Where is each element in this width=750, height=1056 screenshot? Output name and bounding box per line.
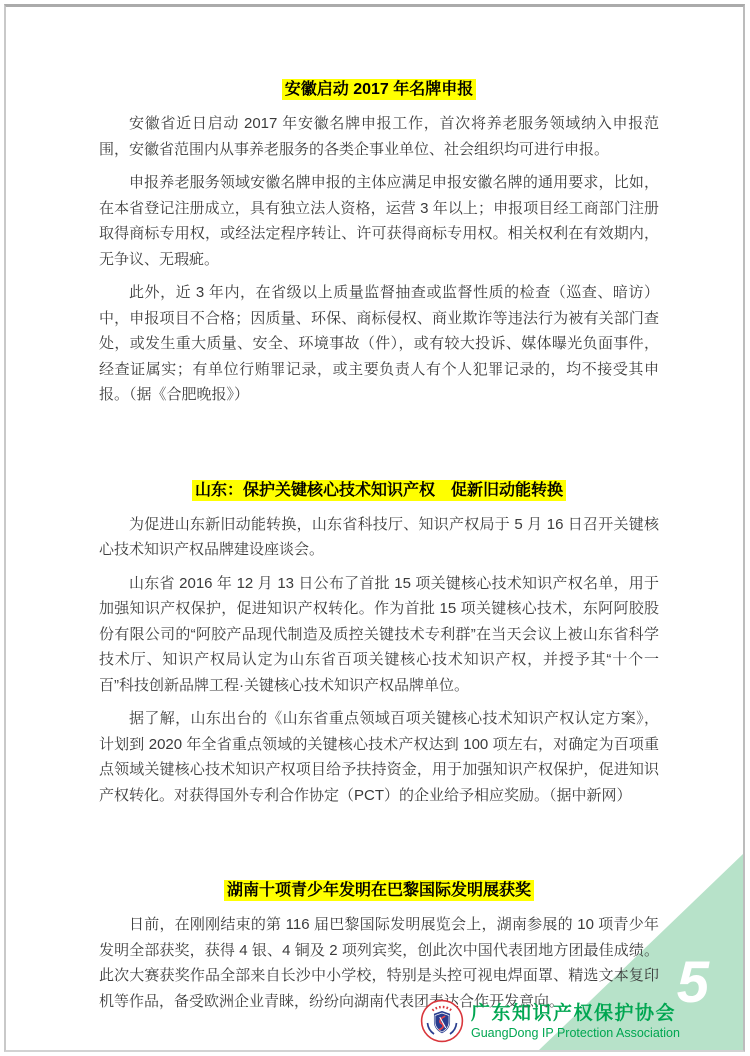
paragraph: 此外，近 3 年内，在省级以上质量监督抽查或监督性质的检查（巡查、暗访）中，申报…: [99, 280, 659, 408]
section-title: 山东：保护关键核心技术知识产权 促新旧动能转换: [99, 478, 659, 504]
news-section-hunan: 湖南十项青少年发明在巴黎国际发明展获奖 日前，在刚刚结束的第 116 届巴黎国际…: [99, 878, 659, 1014]
paragraph: 为促进山东新旧动能转换，山东省科技厅、知识产权局于 5 月 16 日召开关键核心…: [99, 512, 659, 563]
news-section-shandong: 山东：保护关键核心技术知识产权 促新旧动能转换 为促进山东新旧动能转换，山东省科…: [99, 478, 659, 809]
section-title-text: 山东：保护关键核心技术知识产权 促新旧动能转换: [192, 480, 566, 501]
paragraph: 申报养老服务领域安徽名牌申报的主体应满足申报安徽名牌的通用要求，比如，在本省登记…: [99, 170, 659, 272]
page-footer: 广东知识产权保护协会 GuangDong IP Protection Assoc…: [420, 999, 680, 1043]
page-number: 5: [677, 953, 709, 1013]
section-title-text: 安徽启动 2017 年名牌申报: [282, 79, 477, 100]
section-title: 安徽启动 2017 年名牌申报: [99, 77, 659, 103]
paragraph: 安徽省近日启动 2017 年安徽名牌申报工作，首次将养老服务领域纳入申报范围，安…: [99, 111, 659, 162]
paragraph: 山东省 2016 年 12 月 13 日公布了首批 15 项关键核心技术知识产权…: [99, 571, 659, 699]
section-title-text: 湖南十项青少年发明在巴黎国际发明展获奖: [224, 880, 534, 901]
org-name-en: GuangDong IP Protection Association: [471, 1025, 680, 1041]
gdipa-emblem-icon: [420, 999, 464, 1043]
document-page: 5 安徽启动 2017 年名牌申报 安徽省近日启动 2017 年安徽名牌申报工作…: [4, 4, 745, 1052]
org-name-cn: 广东知识产权保护协会: [471, 1002, 680, 1025]
org-name-block: 广东知识产权保护协会 GuangDong IP Protection Assoc…: [471, 1002, 680, 1041]
news-section-anhui: 安徽启动 2017 年名牌申报 安徽省近日启动 2017 年安徽名牌申报工作，首…: [99, 77, 659, 408]
paragraph: 据了解，山东出台的《山东省重点领域百项关键核心技术知识产权认定方案》，计划到 2…: [99, 706, 659, 808]
section-title: 湖南十项青少年发明在巴黎国际发明展获奖: [99, 878, 659, 904]
newsletter-content: 安徽启动 2017 年名牌申报 安徽省近日启动 2017 年安徽名牌申报工作，首…: [99, 7, 659, 1014]
